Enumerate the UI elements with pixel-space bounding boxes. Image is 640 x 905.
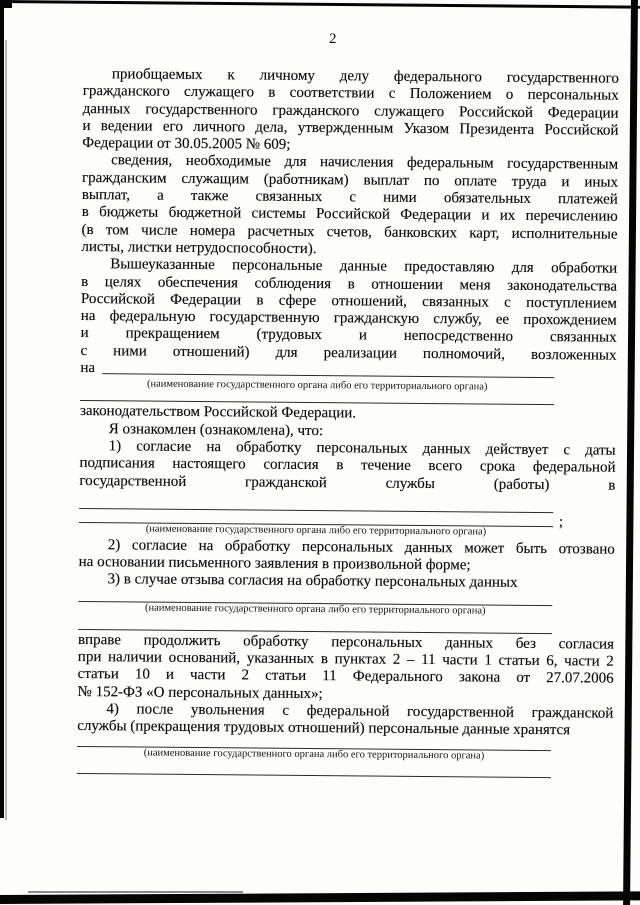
- blank-prefix-text: на: [80, 360, 95, 377]
- paragraph-processing-purpose: Вышеуказанные персональные данные предос…: [80, 256, 617, 382]
- scan-left-gray-line: [5, 40, 7, 820]
- semicolon-mark: ;: [559, 514, 563, 531]
- list-item-3: 3) в случае отзыва согласия на обработку…: [78, 571, 614, 593]
- scan-right-edge: [623, 0, 638, 905]
- scan-left-edge: [0, 0, 4, 818]
- document-page: приобщаемых к личному делу федерального …: [77, 66, 619, 778]
- paragraph-personal-file: приобщаемых к личному делу федерального …: [82, 66, 619, 157]
- list-item-2: 2) согласие на обработку персональных да…: [79, 537, 615, 576]
- text-line: 3) в случае отзыва согласия на обработку…: [78, 571, 614, 593]
- list-item-4: 4) после увольнения с федеральной госуда…: [77, 701, 613, 740]
- scan-bottom-edge: [0, 891, 640, 904]
- paragraph-continue-processing: вправе продолжить обработку персональных…: [77, 632, 614, 706]
- form-blank-line: [77, 758, 551, 777]
- list-item-1: 1) согласие на обработку персональных да…: [79, 438, 615, 495]
- form-blank-line: [78, 614, 552, 634]
- scan-bottom-smudge: [28, 891, 243, 893]
- scan-top-edge: [0, 0, 640, 9]
- text-line: службы (прекращения трудовых отношений) …: [77, 718, 613, 740]
- paragraph-payments-info: сведения, необходимые для начисления фед…: [81, 152, 618, 260]
- page-number: 2: [83, 31, 583, 48]
- form-blank-underline: [102, 373, 554, 379]
